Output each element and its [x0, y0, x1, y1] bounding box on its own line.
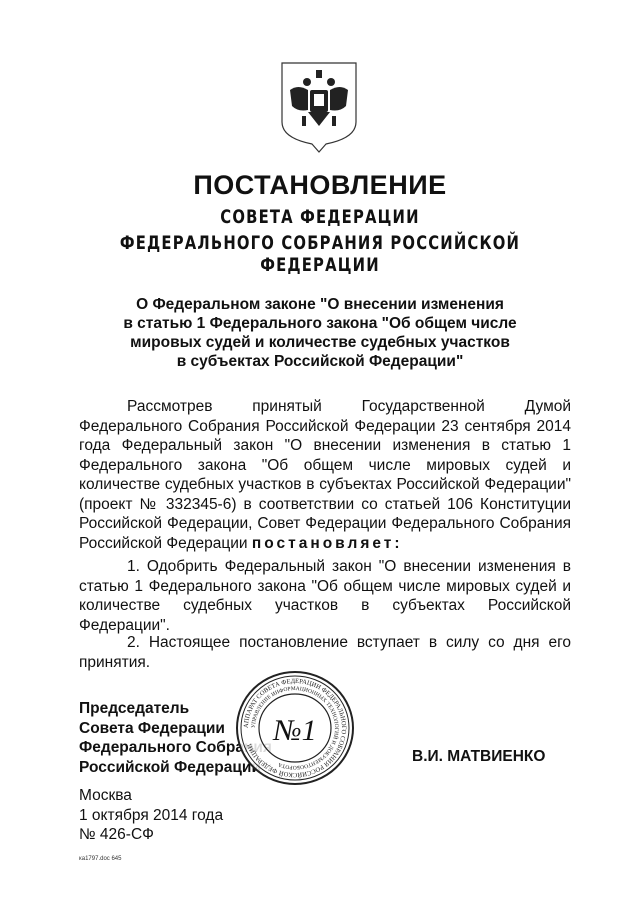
issue-details: Москва 1 октября 2014 года № 426-СФ: [79, 786, 223, 845]
issue-city: Москва: [79, 786, 223, 806]
official-stamp-icon: АППАРАТ СОВЕТА ФЕДЕРАЦИИ ФЕДЕРАЛЬНОГО СО…: [233, 668, 358, 788]
stamp-number: №1: [272, 714, 316, 747]
preamble-text: Рассмотрев принятый Государственной Думо…: [79, 398, 571, 552]
subject-line: в статью 1 Федерального закона "Об общем…: [100, 314, 540, 333]
issuer-line-2: ФЕДЕРАЛЬНОГО СОБРАНИЯ РОССИЙСКОЙ ФЕДЕРАЦ…: [70, 232, 569, 276]
issuer-line-1: СОВЕТА ФЕДЕРАЦИИ: [70, 206, 569, 228]
colon: :: [394, 535, 402, 552]
resolution-number: № 426-СФ: [79, 825, 223, 845]
file-code: ка1797.doc 645: [79, 856, 121, 862]
document-type-title: ПОСТАНОВЛЕНИЕ: [0, 170, 640, 201]
document-subject: О Федеральном законе "О внесении изменен…: [100, 295, 540, 371]
signatory-name: В.И. МАТВИЕНКО: [412, 748, 545, 766]
subject-line: О Федеральном законе "О внесении изменен…: [100, 295, 540, 314]
item-2-paragraph: 2. Настоящее постановление вступает в си…: [79, 633, 571, 672]
subject-line: в субъектах Российской Федерации": [100, 352, 540, 371]
coat-of-arms-icon: [278, 60, 360, 154]
item-1-paragraph: 1. Одобрить Федеральный закон "О внесени…: [79, 557, 571, 635]
subject-line: мировых судей и количестве судебных учас…: [100, 333, 540, 352]
issue-date: 1 октября 2014 года: [79, 806, 223, 826]
preamble-paragraph: Рассмотрев принятый Государственной Думо…: [79, 397, 571, 553]
resolves-word: постановляет: [252, 535, 395, 552]
